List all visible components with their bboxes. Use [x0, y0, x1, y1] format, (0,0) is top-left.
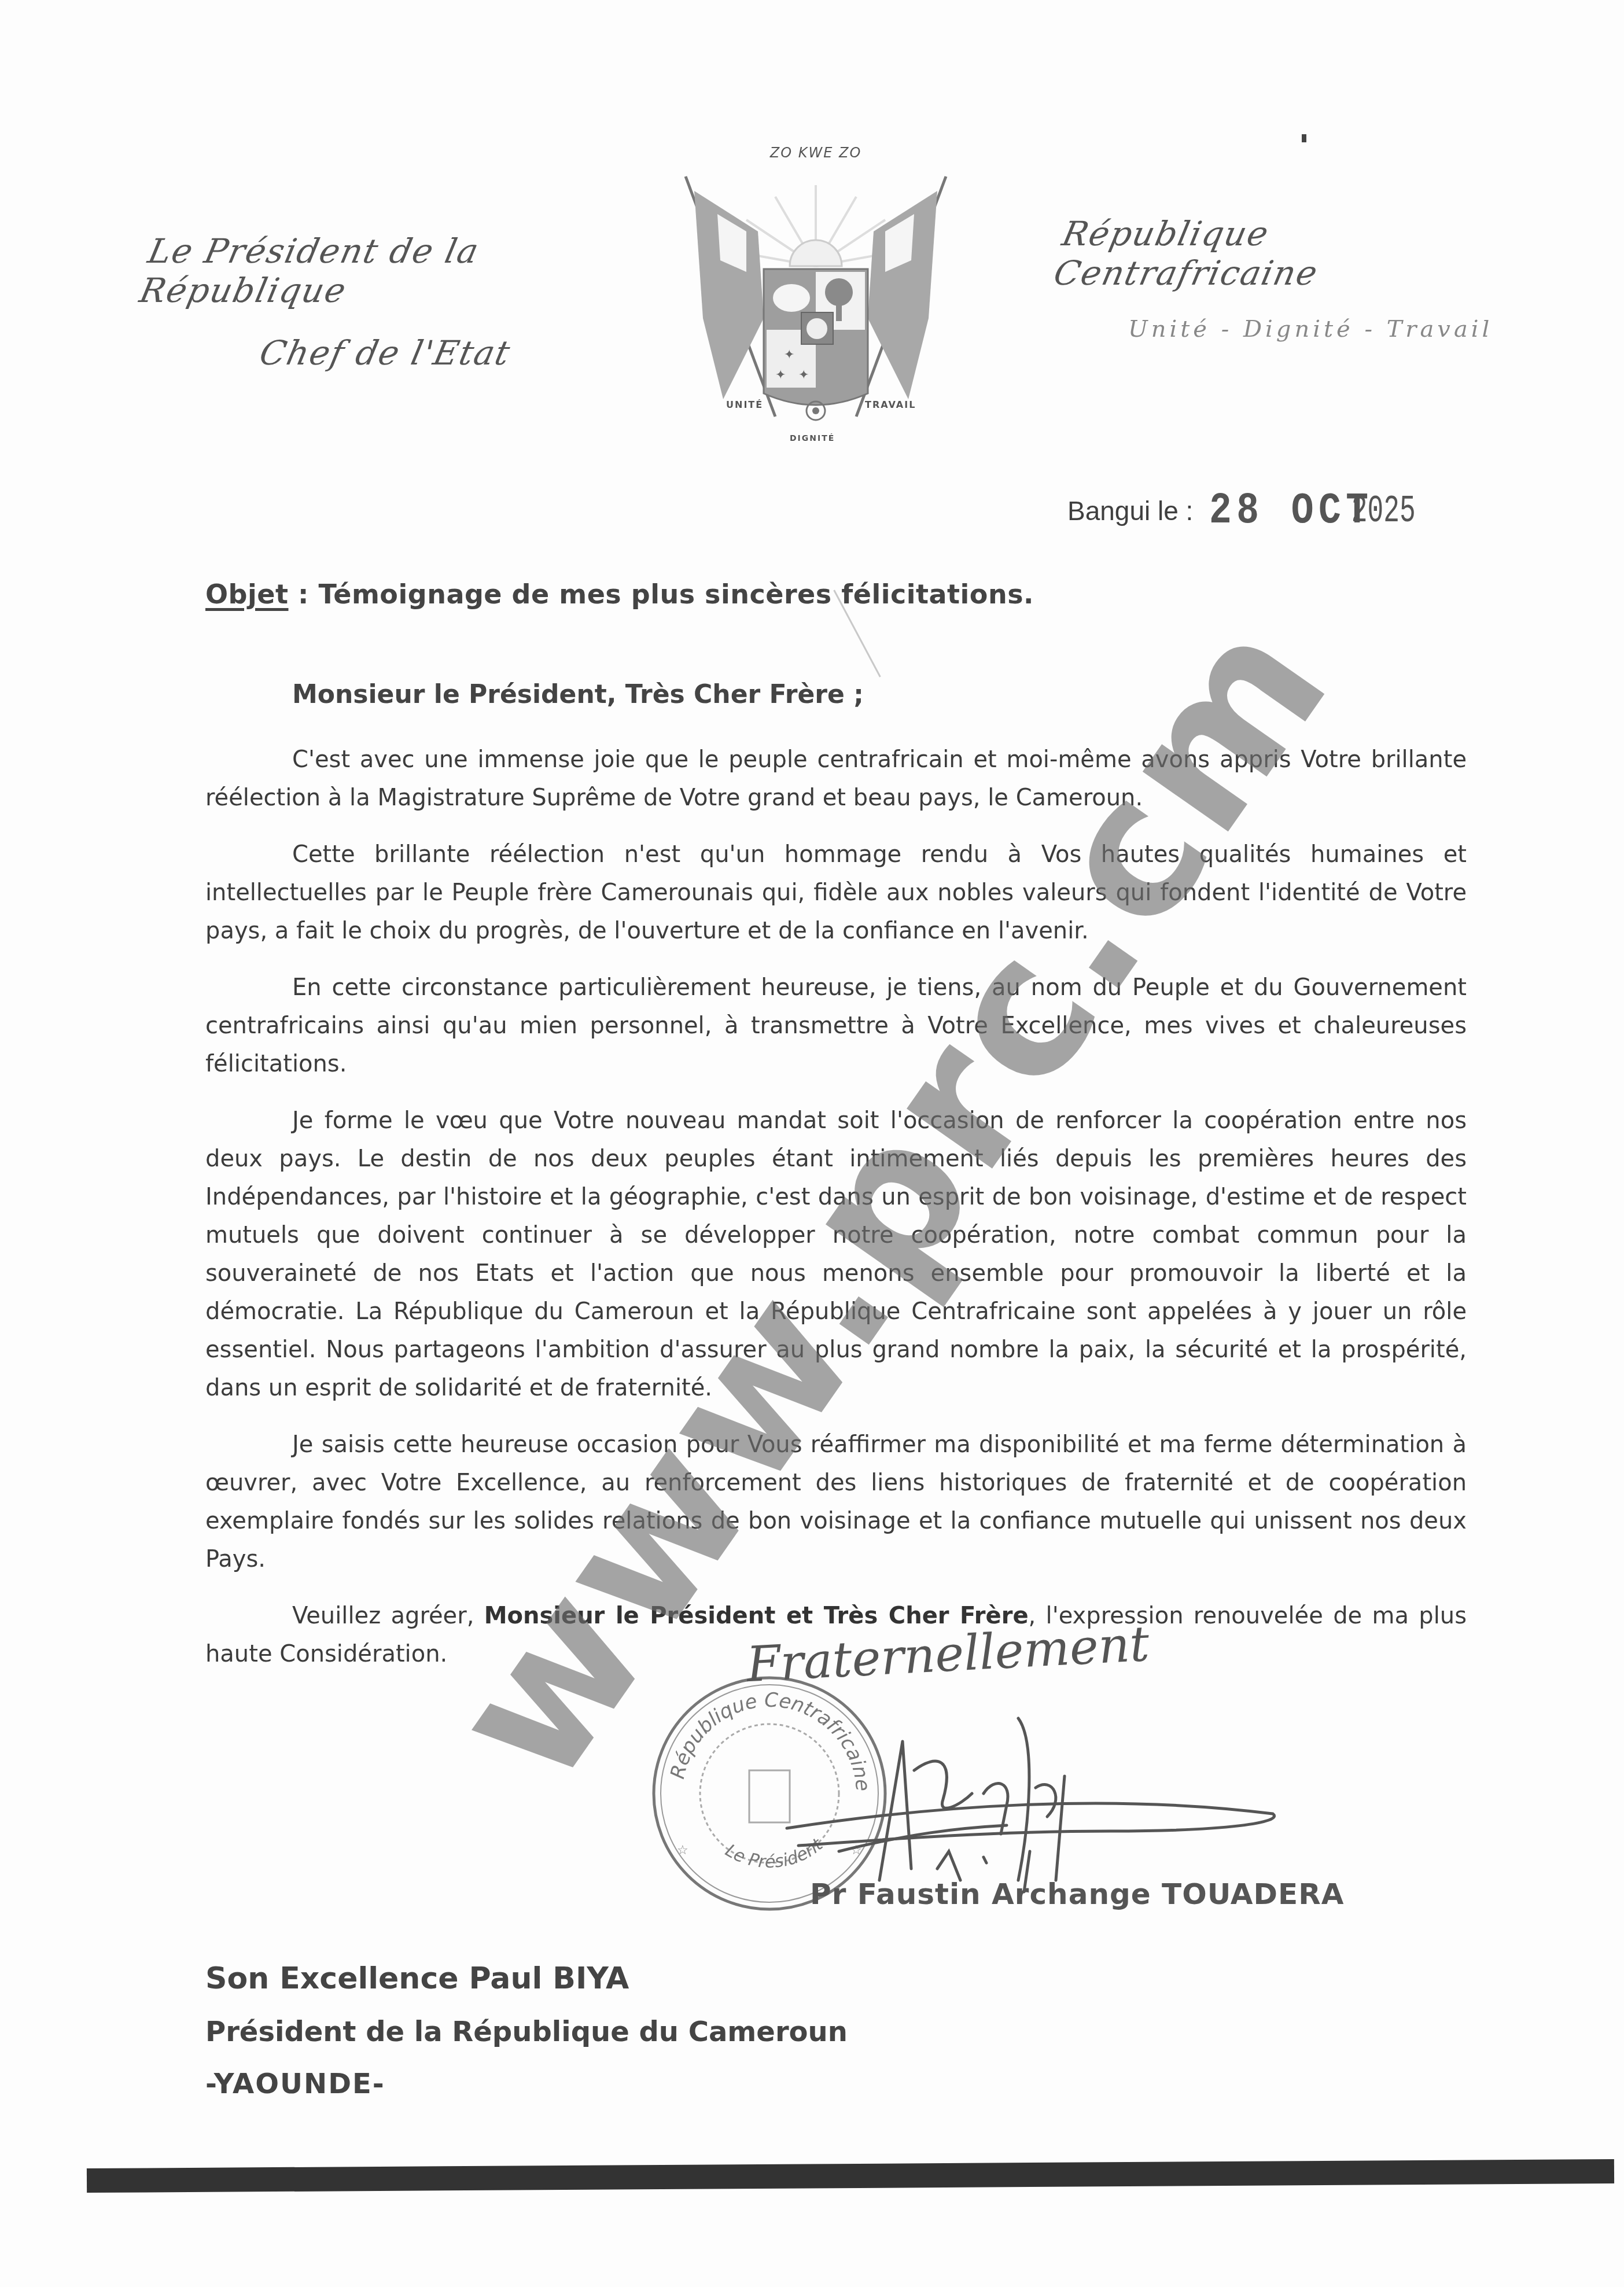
svg-text:✦: ✦	[784, 348, 794, 362]
country-header: République Centrafricaine Unité - Dignit…	[1059, 214, 1522, 343]
sender-header: Le Président de la République Chef de l'…	[145, 231, 619, 373]
subject-text: Témoignage de mes plus sincères félicita…	[318, 579, 1034, 610]
subject-label: Objet	[205, 579, 289, 610]
arms-label-right: TRAVAIL	[865, 399, 916, 410]
paragraph: Cette brillante réélection n'est qu'un h…	[205, 835, 1467, 950]
closing-prefix: Veuillez agréer,	[292, 1603, 484, 1629]
country-motto: Unité - Dignité - Travail	[1128, 316, 1522, 343]
subject-separator: :	[289, 579, 319, 610]
svg-text:✦: ✦	[798, 368, 809, 382]
signer-name: Pr Faustin Archange TOUADERA	[810, 1877, 1344, 1911]
coat-of-arms: ZO KWE ZO	[660, 145, 972, 445]
arms-label-left: UNITÉ	[726, 399, 763, 410]
addressee-name: Son Excellence Paul BIYA	[205, 1961, 848, 1996]
paragraph: En cette circonstance particulièrement h…	[205, 968, 1467, 1083]
addressee-city: -YAOUNDE-	[205, 2068, 848, 2100]
letter-page: Le Président de la République Chef de l'…	[0, 0, 1624, 2287]
svg-text:✦: ✦	[775, 368, 786, 382]
coat-of-arms-icon: ✦ ✦ ✦	[660, 145, 972, 445]
paragraph: Je saisis cette heureuse occasion pour V…	[205, 1426, 1467, 1578]
addressee-block: Son Excellence Paul BIYA Président de la…	[205, 1961, 848, 2120]
addressee-title: Président de la République du Cameroun	[205, 2016, 848, 2048]
sender-subtitle: Chef de l'Etat	[256, 333, 623, 373]
date-label: Bangui le :	[1067, 495, 1193, 526]
letter-body: C'est avec une immense joie que le peupl…	[205, 741, 1467, 1692]
date-line: Bangui le : 28 OCT 2025	[1067, 486, 1429, 536]
subject-line: Objet : Témoignage de mes plus sincères …	[205, 579, 1034, 610]
paragraph: Je forme le vœu que Votre nouveau mandat…	[205, 1102, 1467, 1407]
salutation: Monsieur le Président, Très Cher Frère ;	[292, 680, 864, 709]
sender-title: Le Président de la République	[137, 231, 628, 310]
date-year: 2025	[1352, 489, 1416, 533]
scan-mark	[1302, 134, 1306, 142]
svg-text:☆: ☆	[677, 1843, 688, 1858]
arms-label-bottom: DIGNITÉ	[790, 434, 835, 443]
footer-bar	[87, 2159, 1614, 2193]
country-name: République Centrafricaine	[1051, 214, 1530, 293]
paragraph: C'est avec une immense joie que le peupl…	[205, 741, 1467, 817]
date-stamp: 28 OCT	[1209, 486, 1373, 536]
signature-icon	[764, 1707, 1284, 1898]
